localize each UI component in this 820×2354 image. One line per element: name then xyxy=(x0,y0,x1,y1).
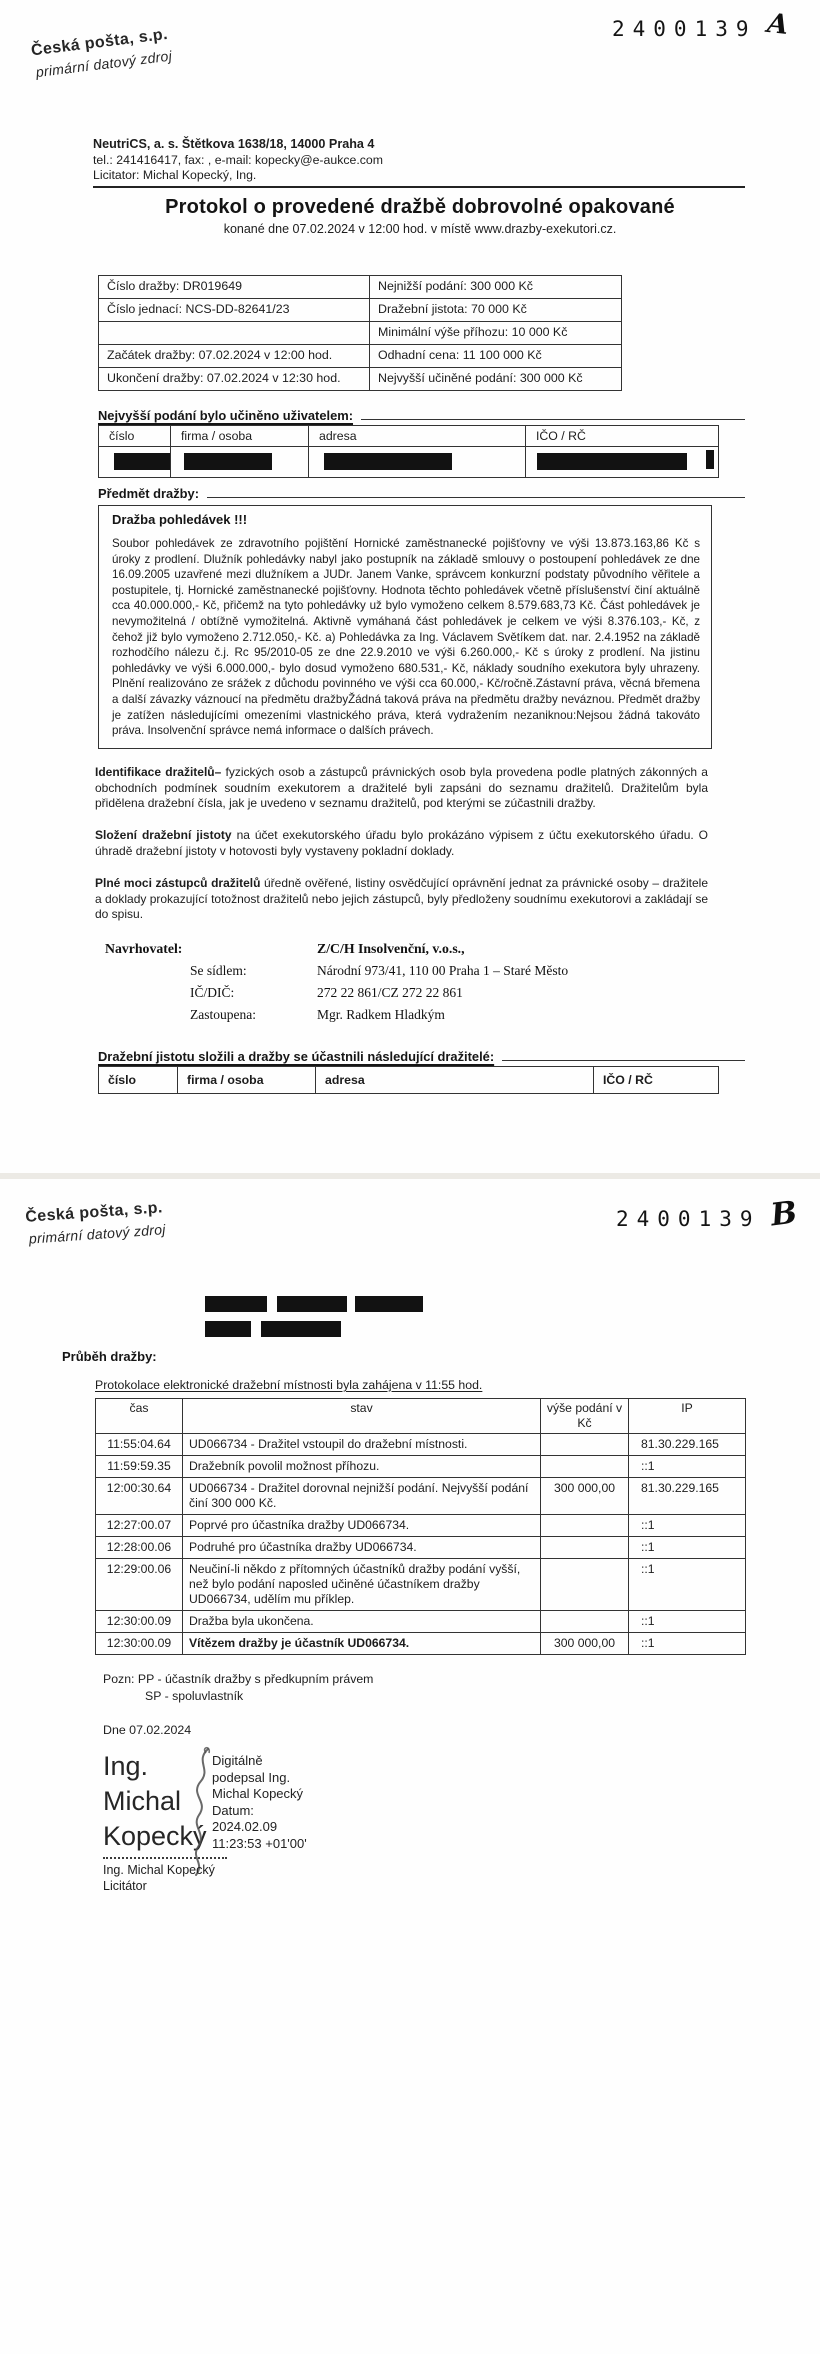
bidders-section-heading: Dražební jistotu složili a dražby se úča… xyxy=(98,1049,745,1064)
column-header: IČO / RČ xyxy=(526,426,719,447)
log-status: Neučiní-li někdo z přítomných účastníků … xyxy=(183,1559,541,1611)
log-amount: 300 000,00 xyxy=(541,1633,629,1655)
proposer-detail-row: IČ/DIČ: 272 22 861/CZ 272 22 861 xyxy=(95,985,745,1007)
proposer-detail-row: Se sídlem: Národní 973/41, 110 00 Praha … xyxy=(95,963,745,985)
progress-intro: Protokolace elektronické dražební místno… xyxy=(95,1378,745,1392)
log-ip: ::1 xyxy=(629,1559,746,1611)
redacted-cell xyxy=(526,447,719,478)
log-time: 12:30:00.09 xyxy=(96,1611,183,1633)
info-row: Minimální výše příhozu: 10 000 Kč xyxy=(99,322,622,345)
proposer-detail-value: 272 22 861/CZ 272 22 861 xyxy=(317,985,463,1001)
log-time: 12:00:30.64 xyxy=(96,1478,183,1515)
info-row: Číslo dražby: DR019649 Nejnižší podání: … xyxy=(99,276,622,299)
log-status: Vítězem dražby je účastník UD066734. xyxy=(183,1633,541,1655)
signature-detail-line: 2024.02.09 xyxy=(212,1819,307,1836)
document-title: Protokol o provedené dražbě dobrovolné o… xyxy=(95,196,745,219)
log-amount xyxy=(541,1559,629,1611)
log-ip: ::1 xyxy=(629,1515,746,1537)
log-row: 12:30:00.09 Dražba byla ukončena. ::1 xyxy=(96,1611,746,1633)
log-ip: 81.30.229.165 xyxy=(629,1478,746,1515)
info-cell-left: Číslo dražby: DR019649 xyxy=(99,276,370,299)
winner-heading-text: Nejvyšší podání bylo učiněno uživatelem: xyxy=(98,408,353,423)
document-number-digits: 2400139 xyxy=(616,1207,761,1231)
auction-info-table: Číslo dražby: DR019649 Nejnižší podání: … xyxy=(98,275,622,391)
auctioneer-company: NeutriCS, a. s. Štětkova 1638/18, 14000 … xyxy=(93,137,383,153)
column-header: čas xyxy=(96,1399,183,1434)
log-ip: ::1 xyxy=(629,1611,746,1633)
proposer-detail-row: Zastoupena: Mgr. Radkem Hladkým xyxy=(95,1007,745,1029)
log-row: 11:55:04.64 UD066734 - Dražitel vstoupil… xyxy=(96,1434,746,1456)
log-status: Podruhé pro účastníka dražby UD066734. xyxy=(183,1537,541,1559)
column-header: adresa xyxy=(316,1067,594,1094)
log-time: 12:27:00.07 xyxy=(96,1515,183,1537)
log-row: 12:29:00.06 Neučiní-li někdo z přítomnýc… xyxy=(96,1559,746,1611)
log-status: UD066734 - Dražitel dorovnal nejnižší po… xyxy=(183,1478,541,1515)
signer-name: Ing. Michal Kopecký xyxy=(103,1863,215,1877)
bidders-header-row: číslofirma / osobaadresaIČO / RČ xyxy=(99,1067,719,1094)
page2-content: Protokolace elektronické dražební místno… xyxy=(95,1378,745,1929)
proposer-detail-value: Národní 973/41, 110 00 Praha 1 – Staré M… xyxy=(317,963,568,979)
log-amount: 300 000,00 xyxy=(541,1478,629,1515)
proposer-detail-value: Mgr. Radkem Hladkým xyxy=(317,1007,445,1023)
ceska-posta-stamp: Česká pošta, s.p. primární datový zdroj xyxy=(25,1199,166,1247)
auctioneer-licitator: Licitator: Michal Kopecký, Ing. xyxy=(93,168,383,184)
redaction-bar xyxy=(324,453,452,470)
subject-section-heading: Předmět dražby: xyxy=(98,486,745,501)
log-amount xyxy=(541,1611,629,1633)
proposer-detail-label: Se sídlem: xyxy=(190,963,247,979)
signature-detail-line: Digitálně xyxy=(212,1753,307,1770)
ceska-posta-stamp: Česká pošta, s.p. primární datový zdroj xyxy=(30,26,173,81)
info-cell-right: Minimální výše příhozu: 10 000 Kč xyxy=(370,322,622,345)
winner-header-row: číslofirma / osobaadresaIČO / RČ xyxy=(99,426,719,447)
info-cell-left: Začátek dražby: 07.02.2024 v 12:00 hod. xyxy=(99,345,370,368)
redacted-cell xyxy=(99,447,171,478)
date-line: Dne 07.02.2024 xyxy=(103,1723,745,1737)
signature-area: Ing.MichalKopecký Digitálněpodepsal Ing.… xyxy=(95,1749,745,1929)
auction-log-table: časstavvýše podání v KčIP 11:55:04.64 UD… xyxy=(95,1398,746,1655)
redaction-bar xyxy=(355,1296,423,1312)
bidders-table: číslofirma / osobaadresaIČO / RČ xyxy=(98,1066,719,1094)
info-cell-right: Nejvyšší učiněné podání: 300 000 Kč xyxy=(370,368,622,391)
document-number-stamp-b: 2400139 B xyxy=(616,1198,797,1234)
log-status: Dražebník povolil možnost příhozu. xyxy=(183,1456,541,1478)
signature-detail-line: 11:23:53 +01'00' xyxy=(212,1836,307,1853)
redaction-bar xyxy=(277,1296,347,1312)
signature-detail-line: Michal Kopecký xyxy=(212,1786,307,1803)
legal-paragraph: Složení dražební jistoty na účet exekuto… xyxy=(95,828,708,860)
log-row: 11:59:59.35 Dražebník povolil možnost př… xyxy=(96,1456,746,1478)
log-time: 11:59:59.35 xyxy=(96,1456,183,1478)
proposer-label: Navrhovatel: xyxy=(105,941,182,957)
signature-dotted-line xyxy=(103,1857,227,1859)
column-header: IČO / RČ xyxy=(594,1067,719,1094)
handwritten-letter-b: B xyxy=(769,1195,799,1234)
info-row: Začátek dražby: 07.02.2024 v 12:00 hod. … xyxy=(99,345,622,368)
signature-detail-line: Datum: xyxy=(212,1803,307,1820)
redaction-bar xyxy=(205,1321,251,1337)
auctioneer-contact: tel.: 241416417, fax: , e-mail: kopecky@… xyxy=(93,153,383,169)
legal-paragraph: Identifikace dražitelů– fyzických osob a… xyxy=(95,765,708,812)
bidders-heading-text: Dražební jistotu složili a dražby se úča… xyxy=(98,1049,494,1064)
redacted-cell xyxy=(171,447,309,478)
column-header: firma / osoba xyxy=(171,426,309,447)
info-cell-left xyxy=(99,322,370,345)
redaction-mark xyxy=(706,450,714,469)
info-row: Ukončení dražby: 07.02.2024 v 12:30 hod.… xyxy=(99,368,622,391)
log-status: Dražba byla ukončena. xyxy=(183,1611,541,1633)
redacted-block xyxy=(205,1296,445,1340)
log-ip: ::1 xyxy=(629,1456,746,1478)
legal-paragraph: Plné moci zástupců dražitelů úředně ověř… xyxy=(95,876,708,923)
info-cell-left: Číslo jednací: NCS-DD-82641/23 xyxy=(99,299,370,322)
log-amount xyxy=(541,1515,629,1537)
scanned-auction-protocol: Česká pošta, s.p. primární datový zdroj … xyxy=(0,0,820,2354)
log-amount xyxy=(541,1434,629,1456)
footnote-line-1: Pozn: PP - účastník dražby s předkupním … xyxy=(103,1671,745,1688)
log-row: 12:28:00.06 Podruhé pro účastníka dražby… xyxy=(96,1537,746,1559)
redacted-winner-row xyxy=(99,447,719,478)
column-header: stav xyxy=(183,1399,541,1434)
log-ip: 81.30.229.165 xyxy=(629,1434,746,1456)
log-time: 12:28:00.06 xyxy=(96,1537,183,1559)
paragraph-lead: Identifikace dražitelů– xyxy=(95,765,221,779)
page1-content: Protokol o provedené dražbě dobrovolné o… xyxy=(95,196,745,1094)
subject-heading-text: Předmět dražby: xyxy=(98,486,199,501)
auctioneer-header: NeutriCS, a. s. Štětkova 1638/18, 14000 … xyxy=(93,137,383,184)
winner-section-heading: Nejvyšší podání bylo učiněno uživatelem: xyxy=(98,408,745,423)
redaction-bar xyxy=(205,1296,267,1312)
column-header: IP xyxy=(629,1399,746,1434)
log-ip: ::1 xyxy=(629,1537,746,1559)
info-row: Číslo jednací: NCS-DD-82641/23 Dražební … xyxy=(99,299,622,322)
footnote-block: Pozn: PP - účastník dražby s předkupním … xyxy=(103,1671,745,1705)
signer-role: Licitátor xyxy=(103,1879,147,1893)
log-time: 11:55:04.64 xyxy=(96,1434,183,1456)
signature-detail-line: podepsal Ing. xyxy=(212,1770,307,1787)
log-status: UD066734 - Dražitel vstoupil do dražební… xyxy=(183,1434,541,1456)
log-row: 12:30:00.09 Vítězem dražby je účastník U… xyxy=(96,1633,746,1655)
redaction-bar xyxy=(184,453,272,470)
header-divider xyxy=(93,186,745,188)
handwritten-letter-a: A xyxy=(766,8,790,41)
document-number-stamp-a: 2400139 A xyxy=(612,12,788,43)
redaction-bar xyxy=(261,1321,341,1337)
proposer-detail-label: Zastoupena: xyxy=(190,1007,256,1023)
redaction-bar xyxy=(114,453,171,470)
subject-description: Soubor pohledávek ze zdravotního pojiště… xyxy=(112,536,700,739)
info-cell-right: Dražební jistota: 70 000 Kč xyxy=(370,299,622,322)
paragraph-lead: Složení dražební jistoty xyxy=(95,828,232,842)
column-header: adresa xyxy=(309,426,526,447)
column-header: číslo xyxy=(99,426,171,447)
proposer-block: Navrhovatel: Z/C/H Insolvenční, v.o.s., … xyxy=(95,941,745,1029)
log-row: 12:27:00.07 Poprvé pro účastníka dražby … xyxy=(96,1515,746,1537)
log-amount xyxy=(541,1537,629,1559)
info-cell-right: Nejnižší podání: 300 000 Kč xyxy=(370,276,622,299)
info-cell-left: Ukončení dražby: 07.02.2024 v 12:30 hod. xyxy=(99,368,370,391)
subject-box-title: Dražba pohledávek !!! xyxy=(112,512,700,527)
paragraph-lead: Plné moci zástupců dražitelů xyxy=(95,876,260,890)
log-row: 12:00:30.64 UD066734 - Dražitel dorovnal… xyxy=(96,1478,746,1515)
proposer-detail-label: IČ/DIČ: xyxy=(190,985,234,1001)
log-amount xyxy=(541,1456,629,1478)
winner-table: číslofirma / osobaadresaIČO / RČ xyxy=(98,425,719,478)
column-header: výše podání v Kč xyxy=(541,1399,629,1434)
column-header: firma / osoba xyxy=(178,1067,316,1094)
info-cell-right: Odhadní cena: 11 100 000 Kč xyxy=(370,345,622,368)
log-ip: ::1 xyxy=(629,1633,746,1655)
log-time: 12:29:00.06 xyxy=(96,1559,183,1611)
log-time: 12:30:00.09 xyxy=(96,1633,183,1655)
digital-signature-details: Digitálněpodepsal Ing.Michal KopeckýDatu… xyxy=(212,1753,307,1852)
redacted-cell xyxy=(309,447,526,478)
legal-paragraphs: Identifikace dražitelů– fyzických osob a… xyxy=(95,765,745,923)
log-status: Poprvé pro účastníka dražby UD066734. xyxy=(183,1515,541,1537)
proposer-name: Z/C/H Insolvenční, v.o.s., xyxy=(317,941,465,957)
progress-section-heading: Průběh dražby: xyxy=(62,1349,157,1364)
document-subtitle: konané dne 07.02.2024 v 12:00 hod. v mís… xyxy=(95,222,745,236)
document-number-digits: 2400139 xyxy=(612,17,757,41)
log-header-row: časstavvýše podání v KčIP xyxy=(96,1399,746,1434)
page-break-band xyxy=(0,1173,820,1179)
column-header: číslo xyxy=(99,1067,178,1094)
redaction-bar xyxy=(537,453,687,470)
subject-box: Dražba pohledávek !!! Soubor pohledávek … xyxy=(98,505,712,749)
proposer-row: Navrhovatel: Z/C/H Insolvenční, v.o.s., xyxy=(95,941,745,963)
footnote-line-2: SP - spoluvlastník xyxy=(103,1688,745,1705)
